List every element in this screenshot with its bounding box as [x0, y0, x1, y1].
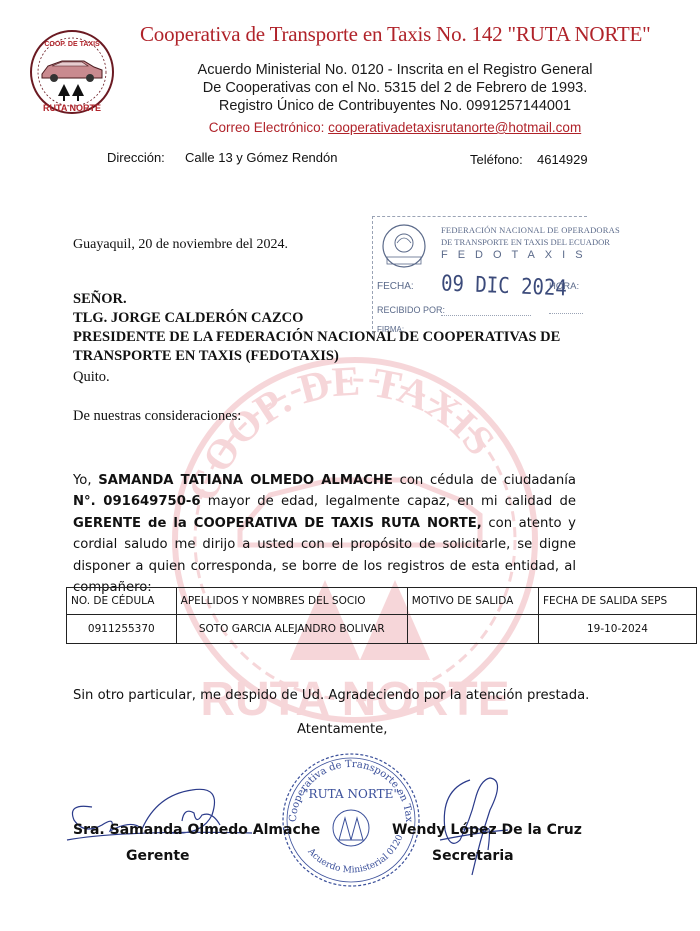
stamp-recibido-line — [441, 315, 531, 316]
stamp-hora-line — [549, 313, 583, 314]
cell-cedula: 0911255370 — [67, 615, 177, 644]
letterhead-line-3: Registro Único de Contribuyentes No. 099… — [140, 98, 650, 114]
stamp-org-acronym: FEDOTAXIS — [441, 249, 593, 261]
letterhead-title: Cooperativa de Transporte en Taxis No. 1… — [140, 22, 651, 47]
svg-text:COOP. DE TAXIS: COOP. DE TAXIS — [44, 41, 100, 48]
addressee-name: TLG. JORGE CALDERÓN CAZCO — [73, 310, 303, 327]
addressee-city: Quito. — [73, 369, 110, 386]
fedotaxis-seal-icon — [381, 223, 427, 269]
sign-off: Atentamente, — [297, 722, 387, 737]
email-link[interactable]: cooperativadetaxisrutanorte@hotmail.com — [328, 120, 581, 135]
column-header: NO. DE CÉDULA — [67, 588, 177, 615]
body-requester-role: GERENTE de la COOPERATIVA DE TAXIS RUTA … — [73, 516, 482, 531]
addressee-salutation: SEÑOR. — [73, 291, 127, 308]
body-text: mayor de edad, legalmente capaz, en mi c… — [201, 494, 576, 509]
table-row: 0911255370 SOTO GARCIA ALEJANDRO BOLIVAR… — [67, 615, 697, 644]
body-paragraph: Yo, SAMANDA TATIANA OLMEDO ALMACHE con c… — [73, 470, 576, 598]
column-header: MOTIVO DE SALIDA — [407, 588, 538, 615]
body-text: con cédula de ciudadanía — [393, 473, 576, 488]
manager-signature-icon — [62, 785, 252, 855]
email-label: Correo Electrónico: — [209, 120, 328, 135]
stamp-recibido-label: RECIBIDO POR: — [377, 305, 445, 315]
addressee-position-2: TRANSPORTE EN TAXIS (FEDOTAXIS) — [73, 348, 339, 365]
body-requester-name: SAMANDA TATIANA OLMEDO ALMACHE — [98, 473, 393, 488]
signatory-name-secretary: Wendy López De la Cruz — [392, 822, 582, 838]
body-requester-id: N°. 091649750-6 — [73, 494, 201, 509]
member-removal-table: NO. DE CÉDULA APELLIDOS Y NOMBRES DEL SO… — [66, 587, 697, 644]
letter-date: Guayaquil, 20 de noviembre del 2024. — [73, 237, 288, 253]
signatory-role-secretary: Secretaria — [432, 848, 514, 864]
column-header: FECHA DE SALIDA SEPS — [538, 588, 696, 615]
stamp-org-line-2: DE TRANSPORTE EN TAXIS DEL ECUADOR — [441, 237, 610, 247]
cooperative-logo-icon: RUTA NORTE COOP. DE TAXIS — [28, 28, 116, 116]
cell-exit-date: 19-10-2024 — [538, 615, 696, 644]
letterhead-line-1: Acuerdo Ministerial No. 0120 - Inscrita … — [140, 62, 650, 78]
phone-label: Teléfono: — [470, 152, 523, 167]
address-label: Dirección: — [107, 150, 165, 165]
address-value: Calle 13 y Gómez Rendón — [185, 150, 337, 165]
closing-sentence: Sin otro particular, me despido de Ud. A… — [73, 688, 589, 703]
cell-exit-reason — [407, 615, 538, 644]
signatory-role-manager: Gerente — [126, 848, 190, 864]
letterhead-line-2: De Cooperativas con el No. 5315 del 2 de… — [140, 80, 650, 96]
phone-value: 4614929 — [537, 152, 588, 167]
stamp-org-line-1: FEDERACIÓN NACIONAL DE OPERADORAS — [441, 225, 620, 235]
svg-text:RUTA NORTE: RUTA NORTE — [43, 103, 101, 113]
official-seal-icon: Cooperativa de Transporte en Taxis "RUTA… — [276, 748, 426, 890]
svg-text:"RUTA NORTE": "RUTA NORTE" — [303, 787, 399, 801]
body-text: Yo, — [73, 473, 98, 488]
addressee-position-1: PRESIDENTE DE LA FEDERACIÓN NACIONAL DE … — [73, 329, 560, 346]
stamp-hora-label: HORA: — [549, 281, 579, 292]
greeting: De nuestras consideraciones: — [73, 408, 241, 425]
svg-text:Cooperativa de Transporte en T: Cooperativa de Transporte en Taxis — [276, 748, 414, 823]
table-header-row: NO. DE CÉDULA APELLIDOS Y NOMBRES DEL SO… — [67, 588, 697, 615]
stamp-fecha-label: FECHA: — [377, 281, 414, 292]
reception-stamp: FEDERACIÓN NACIONAL DE OPERADORAS DE TRA… — [372, 216, 587, 339]
column-header: APELLIDOS Y NOMBRES DEL SOCIO — [176, 588, 407, 615]
cell-member-name: SOTO GARCIA ALEJANDRO BOLIVAR — [176, 615, 407, 644]
letterhead-email: Correo Electrónico: cooperativadetaxisru… — [140, 120, 650, 135]
signatory-name-manager: Sra. Samanda Olmedo Almache — [73, 822, 320, 838]
